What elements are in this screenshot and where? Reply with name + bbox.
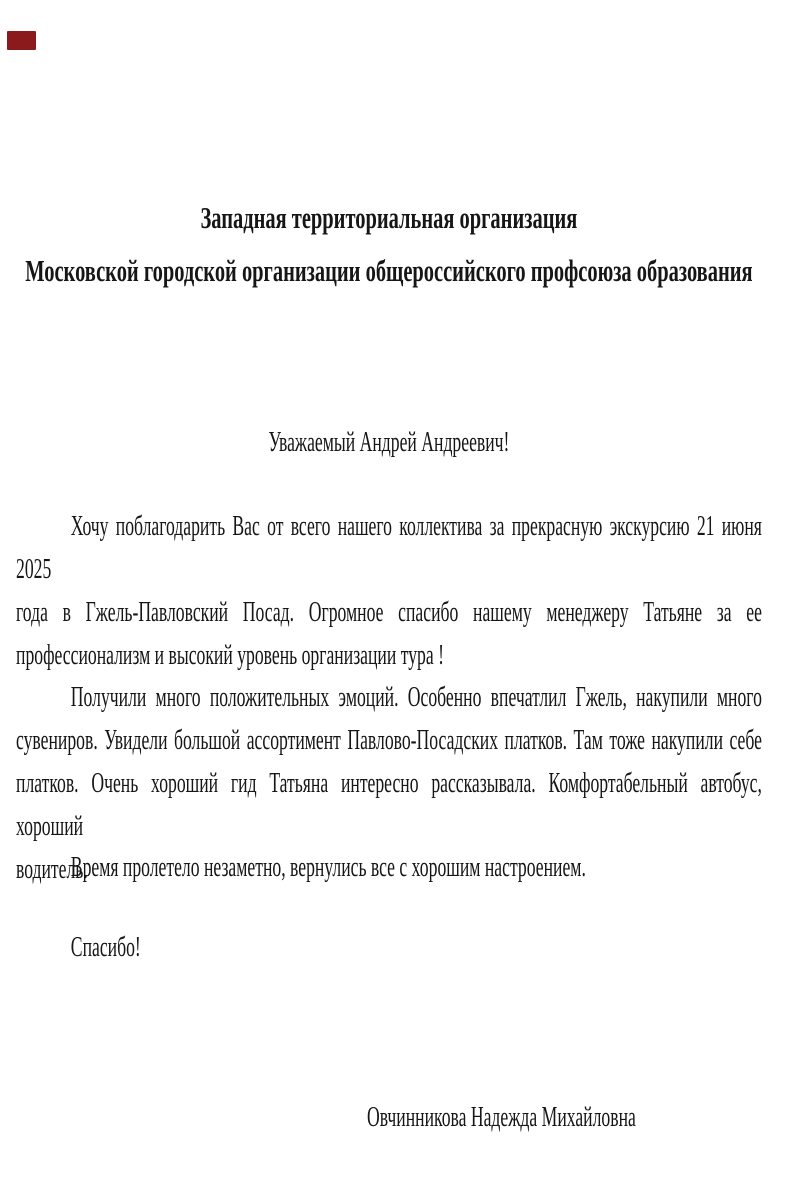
letter-page: Западная территориальная организация Мос… [0, 0, 800, 1200]
letter-paragraph: Хочу поблагодарить Вас от всего нашего к… [16, 505, 800, 677]
red-corner-mark [7, 31, 36, 50]
salutation: Уважаемый Андрей Андреевич! [16, 423, 800, 463]
letter-text-line: года в Гжель-Павловский Посад. Огромное … [16, 591, 762, 634]
letter-text-line: Хочу поблагодарить Вас от всего нашего к… [16, 505, 762, 591]
organization-name-line2: Московской городской организации общерос… [16, 244, 762, 297]
letter-text-line: платков. Очень хороший гид Татьяна интер… [16, 762, 762, 848]
signature: Овчинникова Надежда Михайловна [367, 1098, 794, 1138]
letter-paragraph: Время пролетело незаметно, вернулись все… [16, 846, 800, 889]
closing-text: Спасибо! [16, 926, 762, 969]
letter-text-line: Получили много положительных эмоций. Осо… [16, 676, 762, 719]
letter-text-line: сувениров. Увидели большой ассортимент П… [16, 719, 762, 762]
signature-text: Овчинникова Надежда Михайловна [367, 1098, 636, 1138]
salutation-text: Уважаемый Андрей Андреевич! [16, 423, 762, 463]
letter-text-line: Время пролетело незаметно, вернулись все… [16, 846, 762, 889]
organization-header: Западная территориальная организация Мос… [16, 191, 800, 297]
letter-text-line: профессионализм и высокий уровень органи… [16, 634, 762, 677]
organization-name-line1: Западная территориальная организация [16, 191, 762, 244]
closing-word: Спасибо! [16, 926, 800, 969]
